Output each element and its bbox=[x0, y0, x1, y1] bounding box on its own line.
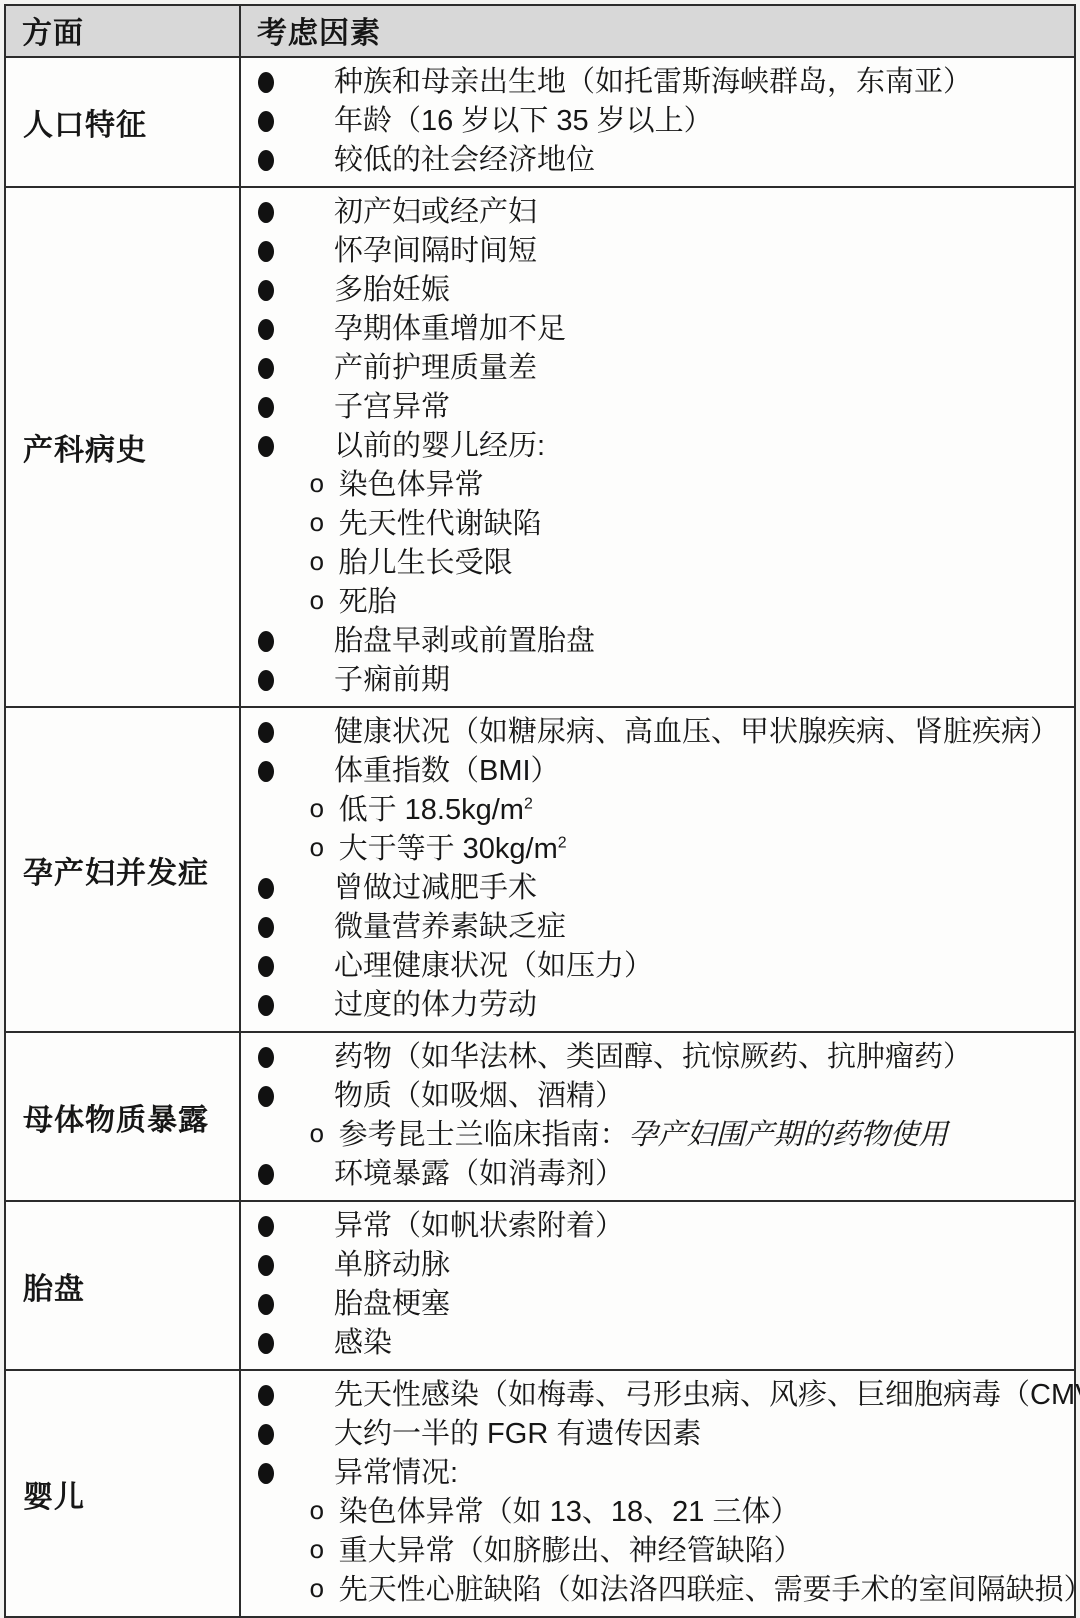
factor-text: 大于等于 30kg/m2 bbox=[339, 830, 567, 869]
factors-cell: 种族和母亲出生地（如托雷斯海峡群岛，东南亚）年龄（16 岁以下 35 岁以上）较… bbox=[240, 57, 1075, 187]
factor-text: 药物（如华法林、类固醇、抗惊厥药、抗肿瘤药） bbox=[334, 1038, 972, 1077]
aspect-label: 母体物质暴露 bbox=[5, 1032, 240, 1201]
factor-item: 感染 bbox=[241, 1324, 1068, 1363]
factor-subitem: o低于 18.5kg/m2 bbox=[241, 791, 1068, 830]
factor-item: 子宫异常 bbox=[241, 388, 1068, 427]
factor-text: 死胎 bbox=[339, 583, 397, 622]
disc-bullet-icon bbox=[258, 358, 274, 379]
disc-bullet-icon bbox=[258, 241, 274, 262]
page: 方面 考虑因素 人口特征种族和母亲出生地（如托雷斯海峡群岛，东南亚）年龄（16 … bbox=[0, 0, 1080, 1595]
aspect-label: 产科病史 bbox=[5, 187, 240, 707]
disc-bullet-icon bbox=[258, 956, 274, 977]
factor-text: 以前的婴儿经历: bbox=[334, 427, 545, 466]
disc-bullet-icon bbox=[258, 917, 274, 938]
disc-bullet-icon bbox=[258, 722, 274, 743]
factor-text: 初产妇或经产妇 bbox=[334, 193, 537, 232]
factor-item: 种族和母亲出生地（如托雷斯海峡群岛，东南亚） bbox=[241, 63, 1068, 102]
factor-item: 子痫前期 bbox=[241, 661, 1068, 700]
factor-text: 过度的体力劳动 bbox=[334, 986, 537, 1025]
factor-item: 产前护理质量差 bbox=[241, 349, 1068, 388]
factor-item: 药物（如华法林、类固醇、抗惊厥药、抗肿瘤药） bbox=[241, 1038, 1068, 1077]
header-cell-aspect: 方面 bbox=[5, 5, 240, 57]
factor-subitem: o先天性代谢缺陷 bbox=[241, 505, 1068, 544]
factor-item: 心理健康状况（如压力） bbox=[241, 947, 1068, 986]
aspect-label: 婴儿 bbox=[5, 1370, 240, 1617]
table-row: 人口特征种族和母亲出生地（如托雷斯海峡群岛，东南亚）年龄（16 岁以下 35 岁… bbox=[5, 57, 1075, 187]
factor-subitem: o胎儿生长受限 bbox=[241, 544, 1068, 583]
factor-text: 多胎妊娠 bbox=[334, 271, 450, 310]
factors-cell: 初产妇或经产妇怀孕间隔时间短多胎妊娠孕期体重增加不足产前护理质量差子宫异常以前的… bbox=[240, 187, 1075, 707]
aspect-label: 人口特征 bbox=[5, 57, 240, 187]
factor-subitem: o大于等于 30kg/m2 bbox=[241, 830, 1068, 869]
factor-item: 先天性感染（如梅毒、弓形虫病、风疹、巨细胞病毒（CMV）、疱疹） bbox=[241, 1376, 1068, 1415]
factor-item: 胎盘梗塞 bbox=[241, 1285, 1068, 1324]
aspect-label: 孕产妇并发症 bbox=[5, 707, 240, 1032]
disc-bullet-icon bbox=[258, 1294, 274, 1315]
factor-list: 先天性感染（如梅毒、弓形虫病、风疹、巨细胞病毒（CMV）、疱疹）大约一半的 FG… bbox=[241, 1376, 1068, 1610]
circle-bullet-icon: o bbox=[309, 1532, 325, 1571]
circle-bullet-icon: o bbox=[309, 791, 325, 830]
factor-subitem: o染色体异常 bbox=[241, 466, 1068, 505]
factor-item: 孕期体重增加不足 bbox=[241, 310, 1068, 349]
factor-item: 大约一半的 FGR 有遗传因素 bbox=[241, 1415, 1068, 1454]
factor-item: 健康状况（如糖尿病、高血压、甲状腺疾病、肾脏疾病） bbox=[241, 713, 1068, 752]
factor-text: 大约一半的 FGR 有遗传因素 bbox=[334, 1415, 701, 1454]
table-row: 孕产妇并发症健康状况（如糖尿病、高血压、甲状腺疾病、肾脏疾病）体重指数（BMI）… bbox=[5, 707, 1075, 1032]
disc-bullet-icon bbox=[258, 111, 274, 132]
factor-subitem: o重大异常（如脐膨出、神经管缺陷） bbox=[241, 1532, 1068, 1571]
factor-text: 种族和母亲出生地（如托雷斯海峡群岛，东南亚） bbox=[334, 63, 972, 102]
disc-bullet-icon bbox=[258, 72, 274, 93]
disc-bullet-icon bbox=[258, 670, 274, 691]
factor-list: 初产妇或经产妇怀孕间隔时间短多胎妊娠孕期体重增加不足产前护理质量差子宫异常以前的… bbox=[241, 193, 1068, 700]
considerations-table-body: 人口特征种族和母亲出生地（如托雷斯海峡群岛，东南亚）年龄（16 岁以下 35 岁… bbox=[5, 57, 1075, 1617]
factor-text: 胎盘早剥或前置胎盘 bbox=[334, 622, 595, 661]
factor-text: 产前护理质量差 bbox=[334, 349, 537, 388]
table-row: 母体物质暴露药物（如华法林、类固醇、抗惊厥药、抗肿瘤药）物质（如吸烟、酒精）o参… bbox=[5, 1032, 1075, 1201]
factor-text: 参考昆士兰临床指南：孕产妇围产期的药物使用 bbox=[339, 1116, 948, 1155]
factor-text: 子痫前期 bbox=[334, 661, 450, 700]
circle-bullet-icon: o bbox=[309, 466, 325, 505]
factor-item: 多胎妊娠 bbox=[241, 271, 1068, 310]
factor-text: 先天性心脏缺陷（如法洛四联症、需要手术的室间隔缺损） bbox=[339, 1571, 1080, 1610]
factor-text: 物质（如吸烟、酒精） bbox=[334, 1077, 624, 1116]
factor-item: 异常情况: bbox=[241, 1454, 1068, 1493]
factor-item: 较低的社会经济地位 bbox=[241, 141, 1068, 180]
disc-bullet-icon bbox=[258, 761, 274, 782]
factor-text: 胎儿生长受限 bbox=[339, 544, 513, 583]
factor-text: 孕期体重增加不足 bbox=[334, 310, 566, 349]
factor-item: 异常（如帆状索附着） bbox=[241, 1207, 1068, 1246]
factor-subitem: o死胎 bbox=[241, 583, 1068, 622]
factor-text: 染色体异常 bbox=[339, 466, 484, 505]
factor-item: 怀孕间隔时间短 bbox=[241, 232, 1068, 271]
factor-list: 异常（如帆状索附着）单脐动脉胎盘梗塞感染 bbox=[241, 1207, 1068, 1363]
factor-text: 先天性感染（如梅毒、弓形虫病、风疹、巨细胞病毒（CMV）、疱疹） bbox=[334, 1376, 1080, 1415]
aspect-label: 胎盘 bbox=[5, 1201, 240, 1370]
considerations-table: 方面 考虑因素 人口特征种族和母亲出生地（如托雷斯海峡群岛，东南亚）年龄（16 … bbox=[4, 4, 1076, 1618]
factor-text: 染色体异常（如 13、18、21 三体） bbox=[339, 1493, 800, 1532]
factor-text: 微量营养素缺乏症 bbox=[334, 908, 566, 947]
disc-bullet-icon bbox=[258, 319, 274, 340]
factor-item: 以前的婴儿经历: bbox=[241, 427, 1068, 466]
circle-bullet-icon: o bbox=[309, 1116, 325, 1155]
factors-cell: 异常（如帆状索附着）单脐动脉胎盘梗塞感染 bbox=[240, 1201, 1075, 1370]
factor-text: 怀孕间隔时间短 bbox=[334, 232, 537, 271]
factor-text: 曾做过减肥手术 bbox=[334, 869, 537, 908]
table-row: 胎盘异常（如帆状索附着）单脐动脉胎盘梗塞感染 bbox=[5, 1201, 1075, 1370]
circle-bullet-icon: o bbox=[309, 505, 325, 544]
factor-text: 子宫异常 bbox=[334, 388, 450, 427]
factor-text: 异常情况: bbox=[334, 1454, 458, 1493]
disc-bullet-icon bbox=[258, 1333, 274, 1354]
factor-item: 过度的体力劳动 bbox=[241, 986, 1068, 1025]
circle-bullet-icon: o bbox=[309, 1571, 325, 1610]
circle-bullet-icon: o bbox=[309, 830, 325, 869]
factor-list: 药物（如华法林、类固醇、抗惊厥药、抗肿瘤药）物质（如吸烟、酒精）o参考昆士兰临床… bbox=[241, 1038, 1068, 1194]
factor-text: 先天性代谢缺陷 bbox=[339, 505, 542, 544]
factor-text: 健康状况（如糖尿病、高血压、甲状腺疾病、肾脏疾病） bbox=[334, 713, 1059, 752]
factor-item: 体重指数（BMI） bbox=[241, 752, 1068, 791]
disc-bullet-icon bbox=[258, 631, 274, 652]
factor-item: 初产妇或经产妇 bbox=[241, 193, 1068, 232]
factors-cell: 健康状况（如糖尿病、高血压、甲状腺疾病、肾脏疾病）体重指数（BMI）o低于 18… bbox=[240, 707, 1075, 1032]
circle-bullet-icon: o bbox=[309, 583, 325, 622]
factor-item: 年龄（16 岁以下 35 岁以上） bbox=[241, 102, 1068, 141]
factor-item: 曾做过减肥手术 bbox=[241, 869, 1068, 908]
circle-bullet-icon: o bbox=[309, 544, 325, 583]
header-row: 方面 考虑因素 bbox=[5, 5, 1075, 57]
factor-text: 低于 18.5kg/m2 bbox=[339, 791, 533, 830]
factor-text: 环境暴露（如消毒剂） bbox=[334, 1155, 624, 1194]
factor-list: 健康状况（如糖尿病、高血压、甲状腺疾病、肾脏疾病）体重指数（BMI）o低于 18… bbox=[241, 713, 1068, 1025]
disc-bullet-icon bbox=[258, 1086, 274, 1107]
factor-subitem: o先天性心脏缺陷（如法洛四联症、需要手术的室间隔缺损） bbox=[241, 1571, 1068, 1610]
factor-text: 体重指数（BMI） bbox=[334, 752, 560, 791]
factor-text: 较低的社会经济地位 bbox=[334, 141, 595, 180]
factor-item: 胎盘早剥或前置胎盘 bbox=[241, 622, 1068, 661]
factor-text: 单脐动脉 bbox=[334, 1246, 450, 1285]
factor-text: 年龄（16 岁以下 35 岁以上） bbox=[334, 102, 713, 141]
factor-text: 异常（如帆状索附着） bbox=[334, 1207, 624, 1246]
factor-item: 物质（如吸烟、酒精） bbox=[241, 1077, 1068, 1116]
disc-bullet-icon bbox=[258, 995, 274, 1016]
disc-bullet-icon bbox=[258, 1047, 274, 1068]
factor-item: 微量营养素缺乏症 bbox=[241, 908, 1068, 947]
disc-bullet-icon bbox=[258, 436, 274, 457]
factor-subitem: o染色体异常（如 13、18、21 三体） bbox=[241, 1493, 1068, 1532]
factor-text: 心理健康状况（如压力） bbox=[334, 947, 653, 986]
factor-text: 重大异常（如脐膨出、神经管缺陷） bbox=[339, 1532, 803, 1571]
factor-subitem: o参考昆士兰临床指南：孕产妇围产期的药物使用 bbox=[241, 1116, 1068, 1155]
disc-bullet-icon bbox=[258, 1424, 274, 1445]
factor-text: 胎盘梗塞 bbox=[334, 1285, 450, 1324]
disc-bullet-icon bbox=[258, 150, 274, 171]
factor-item: 单脐动脉 bbox=[241, 1246, 1068, 1285]
disc-bullet-icon bbox=[258, 202, 274, 223]
factor-item: 环境暴露（如消毒剂） bbox=[241, 1155, 1068, 1194]
disc-bullet-icon bbox=[258, 1255, 274, 1276]
circle-bullet-icon: o bbox=[309, 1493, 325, 1532]
disc-bullet-icon bbox=[258, 1385, 274, 1406]
disc-bullet-icon bbox=[258, 1463, 274, 1484]
factor-text: 感染 bbox=[334, 1324, 392, 1363]
disc-bullet-icon bbox=[258, 878, 274, 899]
factor-list: 种族和母亲出生地（如托雷斯海峡群岛，东南亚）年龄（16 岁以下 35 岁以上）较… bbox=[241, 63, 1068, 180]
table-header: 方面 考虑因素 bbox=[5, 5, 1075, 57]
disc-bullet-icon bbox=[258, 1216, 274, 1237]
disc-bullet-icon bbox=[258, 397, 274, 418]
header-cell-factors: 考虑因素 bbox=[240, 5, 1075, 57]
factors-cell: 先天性感染（如梅毒、弓形虫病、风疹、巨细胞病毒（CMV）、疱疹）大约一半的 FG… bbox=[240, 1370, 1075, 1617]
disc-bullet-icon bbox=[258, 1164, 274, 1185]
disc-bullet-icon bbox=[258, 280, 274, 301]
table-row: 婴儿先天性感染（如梅毒、弓形虫病、风疹、巨细胞病毒（CMV）、疱疹）大约一半的 … bbox=[5, 1370, 1075, 1617]
table-row: 产科病史初产妇或经产妇怀孕间隔时间短多胎妊娠孕期体重增加不足产前护理质量差子宫异… bbox=[5, 187, 1075, 707]
factors-cell: 药物（如华法林、类固醇、抗惊厥药、抗肿瘤药）物质（如吸烟、酒精）o参考昆士兰临床… bbox=[240, 1032, 1075, 1201]
